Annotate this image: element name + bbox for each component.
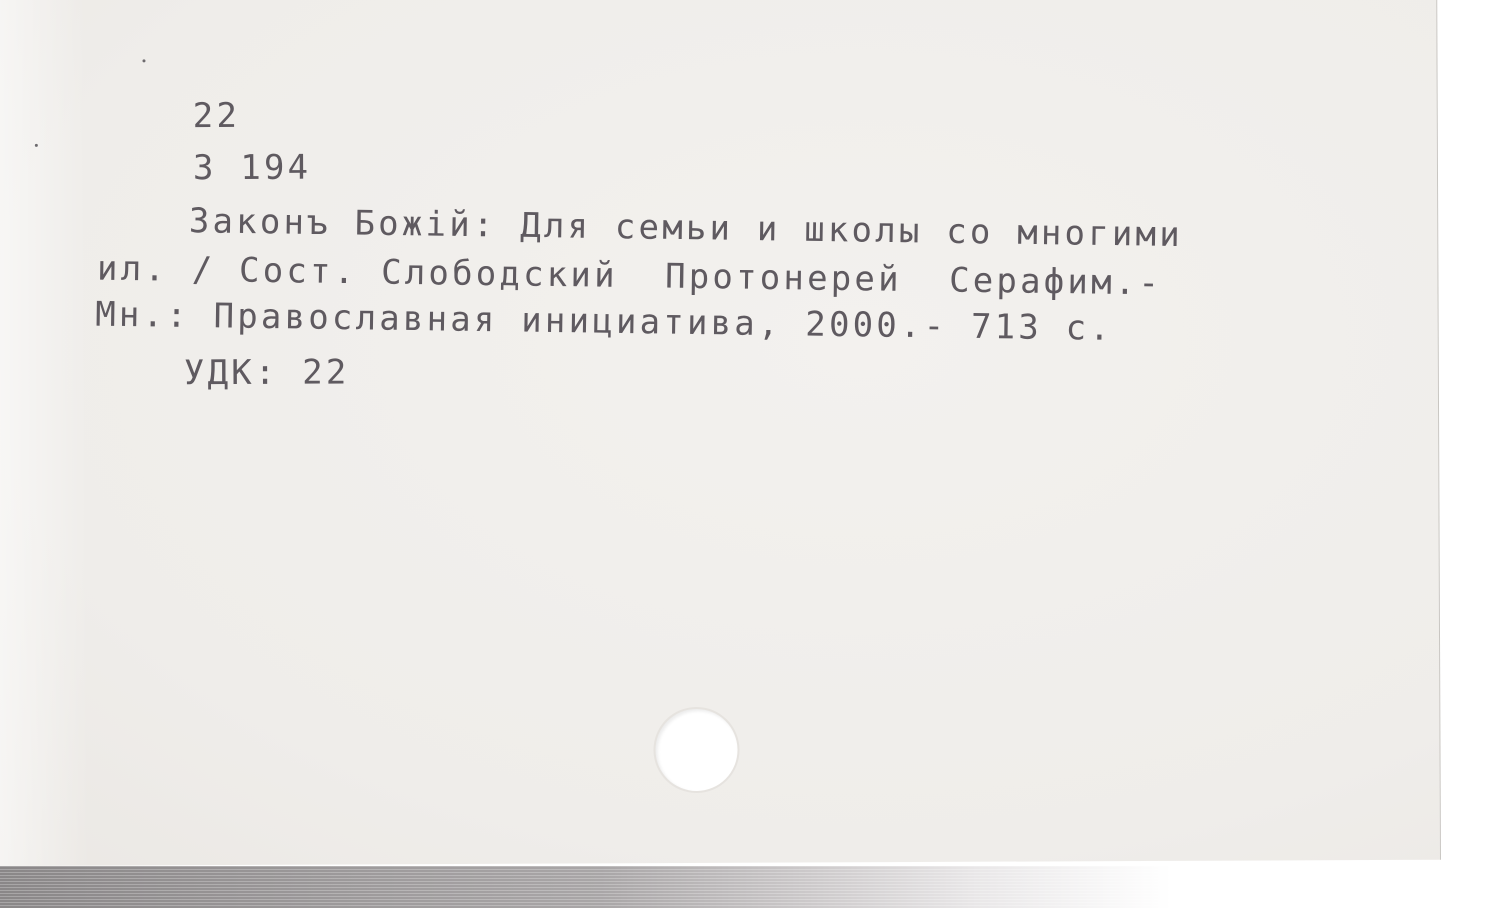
card-text-block: 22 З 194 Законъ Божій: Для семьи и школы… xyxy=(0,0,139,272)
udk-line: УДК: 22 xyxy=(184,355,350,390)
punch-hole xyxy=(655,709,737,791)
classification-number: 22 xyxy=(193,99,240,133)
author-mark: З 194 xyxy=(193,151,312,186)
paper-speck xyxy=(35,144,38,147)
scanner-bed-strip xyxy=(0,866,1502,908)
title-line: Законъ Божій: Для семьи и школы со многи… xyxy=(189,204,1184,252)
scanned-image: 22 З 194 Законъ Божій: Для семьи и школы… xyxy=(0,0,1502,908)
compiler-line: ил. / Сост. Слободский Протонерей Серафи… xyxy=(97,252,1163,301)
paper-speck xyxy=(142,59,145,62)
catalog-card: 22 З 194 Законъ Божій: Для семьи и школы… xyxy=(0,0,1441,866)
publication-line: Мн.: Православная инициатива, 2000.- 713… xyxy=(95,298,1113,346)
